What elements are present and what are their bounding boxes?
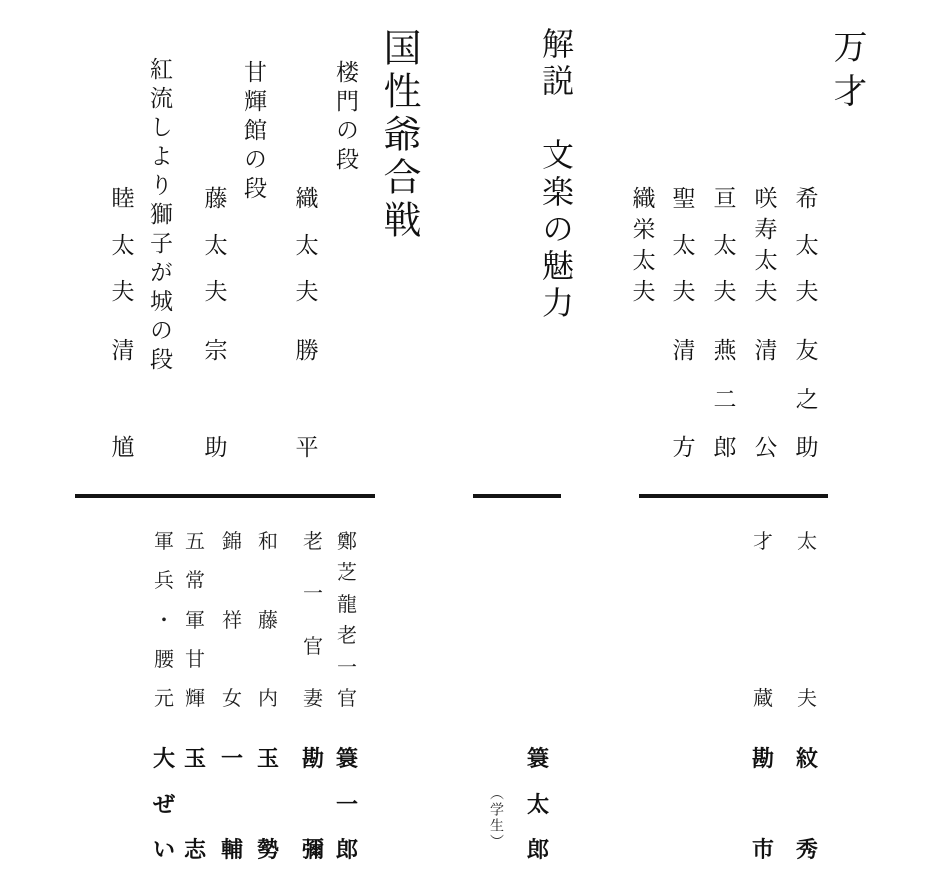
- kokusenya-cast-puppeteer: 玉勢: [255, 749, 281, 862]
- kokusenya-cast-puppeteer: 簑一郎: [334, 749, 360, 862]
- kaisetsu-divider: [473, 494, 561, 498]
- kokusenya-cast-role: 老一官妻: [300, 531, 326, 708]
- manzai-cast-role: 才蔵: [750, 531, 776, 708]
- kokusenya-cast-puppeteer: 玉志: [182, 749, 208, 862]
- manzai-divider: [639, 494, 828, 498]
- kokusenya-cast-puppeteer: 大ぜい: [151, 749, 177, 862]
- manzai-shamisen-name: 清公: [753, 340, 779, 460]
- act-title-benigagashi: 紅流しより獅子が城の段: [147, 57, 170, 376]
- manzai-cast-puppeteer: 勘市: [750, 749, 776, 862]
- manzai-narrator-name: 織栄太夫: [631, 188, 657, 304]
- kokusenya-cast-puppeteer: 勘彌: [300, 749, 326, 862]
- kokusenya-cast-role: 錦祥女: [219, 531, 245, 708]
- manzai-shamisen-name: 友之助: [794, 340, 820, 460]
- kokusenya-cast-puppeteer: 一輔: [219, 749, 245, 862]
- act-title-kankikan: 甘輝館の段: [241, 60, 264, 205]
- manzai-cast-puppeteer: 紋秀: [794, 749, 820, 862]
- kokusenya-narrator-name: 藤太夫: [203, 188, 229, 304]
- kaisetsu-speaker-note: （学生）: [489, 786, 503, 850]
- kaisetsu-title: 解説 文楽の魅力: [540, 27, 572, 323]
- kokusenya-title: 国性爺合戦: [380, 28, 418, 243]
- kokusenya-cast-role: 鄭芝龍老一官: [334, 531, 360, 708]
- manzai-narrator-name: 亘太夫: [712, 188, 738, 304]
- manzai-narrator-name: 咲寿太夫: [753, 188, 779, 304]
- kokusenya-narrator-name: 睦太夫: [110, 188, 136, 304]
- kokusenya-shamisen-name: 勝平: [294, 340, 320, 460]
- kokusenya-cast-role: 五常軍甘輝: [182, 531, 208, 708]
- manzai-shamisen-name: 清方: [671, 340, 697, 460]
- act-title-roumon: 楼門の段: [333, 60, 356, 176]
- manzai-narrator-name: 聖太夫: [671, 188, 697, 304]
- manzai-narrator-name: 希太夫: [794, 188, 820, 304]
- kokusenya-shamisen-name: 清馗: [110, 340, 136, 460]
- kaisetsu-speaker-name: 簑太郎: [525, 749, 551, 862]
- manzai-cast-role: 太夫: [794, 531, 820, 708]
- kokusenya-narrator-name: 織太夫: [294, 188, 320, 304]
- program-page: 万才 希太夫 友之助 咲寿太夫 清公 亘太夫 燕二郎 聖太夫 清方 織栄太夫 太…: [0, 0, 936, 894]
- kokusenya-cast-role: 和藤内: [255, 531, 281, 708]
- manzai-title: 万才: [830, 29, 864, 117]
- manzai-shamisen-name: 燕二郎: [712, 340, 738, 460]
- manzai-shamisen-name: [631, 340, 657, 460]
- kokusenya-cast-role: 軍兵・腰元: [151, 531, 177, 708]
- kokusenya-divider: [75, 494, 375, 498]
- kokusenya-shamisen-name: 宗助: [203, 340, 229, 460]
